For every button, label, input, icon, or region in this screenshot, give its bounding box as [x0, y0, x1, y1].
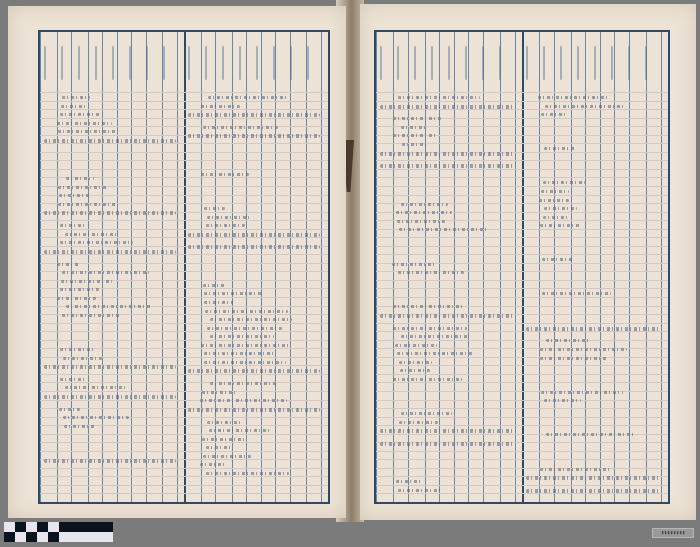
- handwritten-entry: [64, 425, 96, 428]
- archive-label: ▮▮▮▮▮▮▮▮: [652, 528, 694, 538]
- column-rule: [376, 32, 377, 502]
- handwritten-entry: [542, 258, 573, 261]
- handwritten-entry: [401, 203, 449, 206]
- handwritten-entry: [395, 344, 437, 347]
- handwritten-entry: [380, 152, 514, 156]
- row-rule: [376, 160, 668, 161]
- printed-header-mark: [397, 46, 399, 80]
- handwritten-entry: [201, 173, 249, 176]
- column-rule: [539, 32, 540, 502]
- handwritten-entry: [380, 105, 514, 109]
- printed-header-mark: [205, 46, 207, 80]
- row-rule: [376, 340, 668, 341]
- handwritten-entry: [188, 233, 320, 237]
- handwritten-entry: [380, 164, 514, 168]
- column-rule: [131, 32, 132, 502]
- handwritten-entry: [393, 134, 436, 137]
- row-rule: [376, 382, 668, 383]
- printed-header-mark: [112, 46, 114, 80]
- column-rule: [177, 32, 178, 502]
- handwritten-entry: [542, 292, 611, 295]
- handwritten-entry: [60, 241, 133, 244]
- handwritten-entry: [60, 224, 86, 227]
- row-rule: [40, 374, 328, 375]
- handwritten-entry: [209, 429, 271, 432]
- handwritten-entry: [44, 365, 176, 369]
- handwritten-entry: [210, 382, 276, 385]
- row-rule: [376, 357, 668, 358]
- column-rule: [88, 32, 89, 502]
- handwritten-entry: [544, 207, 578, 210]
- handwritten-entry: [44, 459, 176, 463]
- column-rule: [306, 32, 307, 502]
- column-rule: [184, 32, 186, 502]
- handwritten-entry: [44, 250, 176, 254]
- row-rule: [376, 237, 668, 238]
- handwritten-entry: [63, 357, 102, 360]
- row-rule: [376, 297, 668, 298]
- handwritten-entry: [207, 327, 282, 330]
- row-rule: [40, 92, 328, 93]
- row-rule: [40, 254, 328, 255]
- handwritten-entry: [60, 348, 95, 351]
- row-rule: [376, 493, 668, 494]
- row-rule: [376, 459, 668, 460]
- handwritten-entry: [401, 412, 452, 415]
- handwritten-entry: [65, 386, 126, 389]
- handwritten-entry: [188, 113, 320, 117]
- handwritten-entry: [62, 314, 121, 317]
- handwritten-entry: [200, 463, 224, 466]
- handwritten-entry: [539, 199, 569, 202]
- printed-header-mark: [256, 46, 258, 80]
- handwritten-entry: [62, 96, 90, 99]
- handwritten-entry: [202, 438, 246, 441]
- right-page: [360, 4, 696, 520]
- row-rule: [40, 451, 328, 452]
- column-rule: [515, 32, 516, 502]
- column-rule: [117, 32, 118, 502]
- row-rule: [376, 391, 668, 392]
- row-rule: [40, 263, 328, 264]
- handwritten-entry: [380, 429, 514, 433]
- handwritten-entry: [204, 207, 225, 210]
- handwritten-entry: [65, 233, 118, 236]
- handwritten-entry: [59, 194, 91, 197]
- printed-header-mark: [290, 46, 292, 80]
- row-rule: [376, 169, 668, 170]
- row-rule: [40, 109, 328, 110]
- column-rule: [290, 32, 291, 502]
- handwritten-entry: [540, 468, 611, 471]
- header-row: [376, 32, 668, 93]
- handwritten-entry: [541, 190, 569, 193]
- handwritten-entry: [540, 348, 628, 351]
- row-rule: [376, 408, 668, 409]
- row-rule: [40, 152, 328, 153]
- handwritten-entry: [398, 96, 480, 99]
- handwritten-entry: [207, 216, 251, 219]
- printed-header-mark: [380, 46, 382, 80]
- column-rule: [661, 32, 662, 502]
- printed-header-mark: [594, 46, 596, 80]
- row-rule: [40, 493, 328, 494]
- column-rule: [40, 32, 41, 502]
- row-rule: [376, 451, 668, 452]
- handwritten-entry: [380, 442, 514, 446]
- handwritten-entry: [204, 361, 286, 364]
- handwritten-entry: [62, 271, 149, 274]
- handwritten-entry: [206, 224, 245, 227]
- handwritten-entry: [393, 305, 465, 308]
- column-rule: [275, 32, 276, 502]
- handwritten-entry: [546, 339, 589, 342]
- handwritten-entry: [393, 327, 467, 330]
- printed-header-mark: [611, 46, 613, 80]
- row-rule: [40, 382, 328, 383]
- column-rule: [600, 32, 601, 502]
- handwritten-entry: [399, 421, 438, 424]
- handwritten-entry: [538, 96, 609, 99]
- handwritten-entry: [393, 117, 442, 120]
- handwritten-entry: [397, 352, 474, 355]
- handwritten-entry: [540, 224, 581, 227]
- handwritten-entry: [205, 310, 288, 313]
- row-rule: [376, 246, 668, 247]
- handwritten-entry: [188, 245, 320, 249]
- handwritten-entry: [188, 408, 320, 412]
- row-rule: [40, 229, 328, 230]
- handwritten-entry: [58, 203, 116, 206]
- handwritten-entry: [393, 378, 463, 381]
- handwritten-entry: [201, 344, 289, 347]
- row-rule: [376, 331, 668, 332]
- handwritten-entry: [380, 314, 514, 318]
- header-row: [40, 32, 328, 93]
- handwritten-entry: [398, 271, 464, 274]
- handwritten-entry: [541, 113, 567, 116]
- printed-header-mark: [61, 46, 63, 80]
- row-rule: [376, 186, 668, 187]
- handwritten-entry: [207, 421, 243, 424]
- handwritten-entry: [202, 391, 236, 394]
- handwritten-entry: [60, 288, 98, 291]
- column-rule: [57, 32, 58, 502]
- handwritten-entry: [57, 297, 96, 300]
- row-rule: [376, 323, 668, 324]
- column-rule: [146, 32, 147, 502]
- row-rule: [376, 109, 668, 110]
- row-rule: [40, 126, 328, 127]
- handwritten-entry: [396, 211, 452, 214]
- printed-header-mark: [448, 46, 450, 80]
- handwritten-entry: [66, 305, 151, 308]
- row-rule: [376, 288, 668, 289]
- printed-header-mark: [146, 46, 148, 80]
- row-rule: [376, 177, 668, 178]
- row-rule: [376, 468, 668, 469]
- printed-header-mark: [129, 46, 131, 80]
- handwritten-entry: [44, 395, 176, 399]
- handwritten-entry: [201, 105, 241, 108]
- handwritten-entry: [61, 105, 86, 108]
- handwritten-entry: [63, 416, 129, 419]
- color-calibration-strip: [4, 522, 113, 542]
- handwritten-entry: [203, 126, 278, 129]
- handwritten-entry: [58, 130, 117, 133]
- printed-header-mark: [239, 46, 241, 80]
- column-rule: [162, 32, 163, 502]
- handwritten-entry: [58, 186, 107, 189]
- handwritten-entry: [546, 433, 636, 436]
- row-rule: [40, 434, 328, 435]
- column-rule: [554, 32, 555, 502]
- row-rule: [376, 195, 668, 196]
- row-rule: [40, 237, 328, 238]
- row-rule: [376, 417, 668, 418]
- handwritten-entry: [188, 134, 320, 138]
- handwritten-entry: [44, 139, 176, 143]
- column-rule: [102, 32, 103, 502]
- row-rule: [376, 365, 668, 366]
- row-rule: [376, 280, 668, 281]
- column-rule: [522, 32, 524, 502]
- handwritten-entry: [545, 105, 624, 108]
- column-rule: [585, 32, 586, 502]
- row-rule: [376, 400, 668, 401]
- handwritten-entry: [400, 369, 430, 372]
- row-rule: [40, 442, 328, 443]
- printed-header-mark: [273, 46, 275, 80]
- printed-header-mark: [431, 46, 433, 80]
- handwritten-entry: [401, 335, 468, 338]
- row-rule: [40, 220, 328, 221]
- printed-header-mark: [628, 46, 630, 80]
- row-rule: [40, 169, 328, 170]
- printed-header-mark: [560, 46, 562, 80]
- printed-header-mark: [645, 46, 647, 80]
- row-rule: [376, 374, 668, 375]
- handwritten-entry: [44, 211, 176, 215]
- left-page: [8, 6, 346, 518]
- handwritten-entry: [398, 489, 444, 492]
- handwritten-entry: [204, 301, 232, 304]
- column-rule: [571, 32, 572, 502]
- handwritten-entry: [526, 476, 660, 480]
- printed-header-mark: [465, 46, 467, 80]
- handwritten-entry: [210, 318, 292, 321]
- register-table-right: [374, 30, 670, 504]
- register-table-left: [38, 30, 330, 504]
- handwritten-entry: [543, 216, 569, 219]
- handwritten-entry: [396, 480, 423, 483]
- row-rule: [40, 476, 328, 477]
- handwritten-entry: [188, 369, 320, 373]
- handwritten-entry: [399, 361, 432, 364]
- printed-header-mark: [499, 46, 501, 80]
- handwritten-entry: [402, 143, 428, 146]
- row-rule: [376, 92, 668, 93]
- handwritten-entry: [204, 292, 262, 295]
- printed-header-mark: [95, 46, 97, 80]
- printed-header-mark: [482, 46, 484, 80]
- handwritten-entry: [526, 327, 660, 331]
- row-rule: [376, 101, 668, 102]
- row-rule: [40, 340, 328, 341]
- handwritten-entry: [204, 352, 277, 355]
- row-rule: [40, 391, 328, 392]
- row-rule: [40, 331, 328, 332]
- row-rule: [40, 101, 328, 102]
- row-rule: [40, 485, 328, 486]
- row-rule: [40, 323, 328, 324]
- handwritten-entry: [200, 399, 287, 402]
- column-rule: [614, 32, 615, 502]
- handwritten-entry: [210, 335, 274, 338]
- row-rule: [376, 425, 668, 426]
- column-rule: [71, 32, 72, 502]
- printed-header-mark: [163, 46, 165, 80]
- printed-header-mark: [577, 46, 579, 80]
- handwritten-entry: [57, 263, 80, 266]
- handwritten-entry: [526, 489, 660, 493]
- handwritten-entry: [540, 357, 608, 360]
- column-rule: [201, 32, 202, 502]
- handwritten-entry: [397, 220, 445, 223]
- column-rule: [321, 32, 322, 502]
- handwritten-entry: [61, 280, 112, 283]
- handwritten-entry: [60, 113, 100, 116]
- printed-header-mark: [188, 46, 190, 80]
- handwritten-entry: [60, 378, 86, 381]
- handwritten-entry: [59, 408, 81, 411]
- column-rule: [646, 32, 647, 502]
- handwritten-entry: [401, 126, 428, 129]
- handwritten-entry: [206, 446, 232, 449]
- row-rule: [376, 485, 668, 486]
- printed-header-mark: [543, 46, 545, 80]
- row-rule: [40, 143, 328, 144]
- row-rule: [40, 160, 328, 161]
- handwritten-entry: [203, 455, 251, 458]
- handwritten-entry: [543, 181, 585, 184]
- row-rule: [40, 468, 328, 469]
- handwritten-entry: [392, 263, 436, 266]
- handwritten-entry: [66, 177, 94, 180]
- row-rule: [376, 254, 668, 255]
- printed-header-mark: [222, 46, 224, 80]
- handwritten-entry: [206, 472, 289, 475]
- handwritten-entry: [544, 399, 581, 402]
- handwritten-entry: [208, 96, 287, 99]
- printed-header-mark: [78, 46, 80, 80]
- printed-header-mark: [307, 46, 309, 80]
- row-rule: [40, 118, 328, 119]
- printed-header-mark: [44, 46, 46, 80]
- column-rule: [629, 32, 630, 502]
- handwritten-entry: [399, 228, 487, 231]
- handwritten-entry: [544, 147, 576, 150]
- printed-header-mark: [414, 46, 416, 80]
- handwritten-entry: [203, 284, 225, 287]
- handwritten-entry: [541, 391, 623, 394]
- printed-header-mark: [526, 46, 528, 80]
- handwritten-entry: [57, 122, 112, 125]
